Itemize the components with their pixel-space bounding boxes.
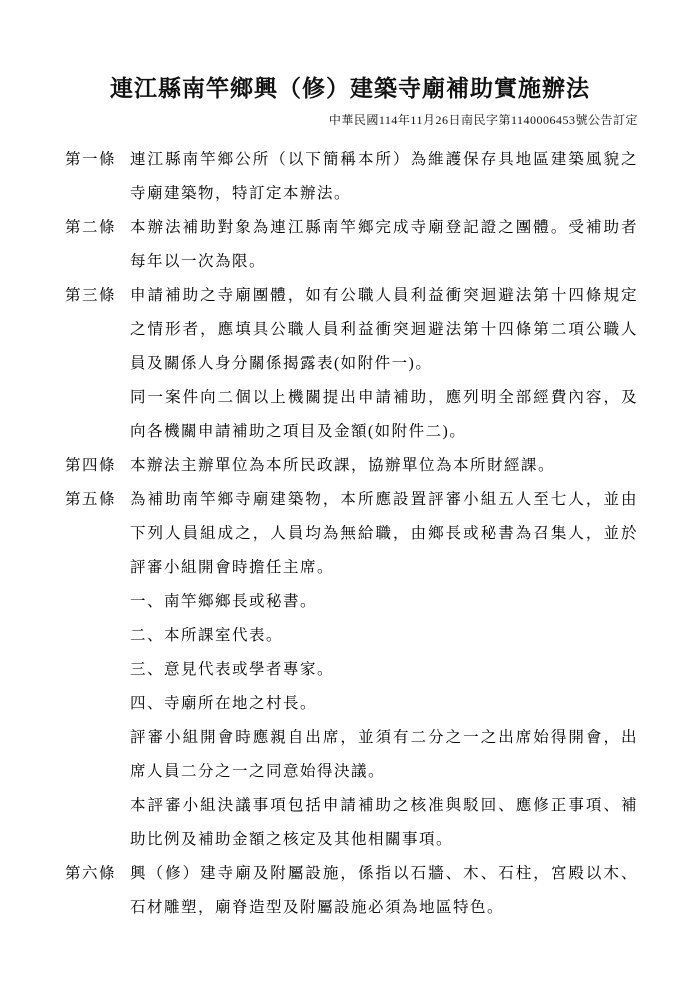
article-text: 本評審小組決議事項包括申請補助之核准與駁回、應修正事項、補助比例及補助金額之核定…	[130, 789, 638, 857]
article-paragraph: 第一條連江縣南竿鄉公所（以下簡稱本所）為維護保存具地區建築風貌之寺廟建築物，特訂…	[65, 143, 638, 211]
article-text: 本辦法補助對象為連江縣南竿鄉完成寺廟登記證之團體。受補助者每年以一次為限。	[130, 211, 638, 279]
article-text: 一、南竿鄉鄉長或秘書。	[130, 585, 638, 619]
article-number: 第五條	[65, 483, 130, 517]
article-text: 二、本所課室代表。	[130, 619, 638, 653]
document-content: 中華民國114年11月26日南民字第1140006453號公告訂定 第一條連江縣…	[65, 110, 638, 925]
document-title: 連江縣南竿鄉興（修）建築寺廟補助實施辦法	[0, 72, 700, 106]
article-paragraph: 評審小組開會時應親自出席，並須有二分之一之出席始得開會，出席人員二分之一之同意始…	[65, 721, 638, 789]
article-paragraph: 二、本所課室代表。	[65, 619, 638, 653]
article-text: 本辦法主辦單位為本所民政課，協辦單位為本所財經課。	[130, 449, 638, 483]
article-paragraph: 第六條興（修）建寺廟及附屬設施，係指以石牆、木、石柱，宮殿以木、石材雕塑，廟脊造…	[65, 857, 638, 925]
article-text: 評審小組開會時應親自出席，並須有二分之一之出席始得開會，出席人員二分之一之同意始…	[130, 721, 638, 789]
article-number: 第一條	[65, 143, 130, 177]
promulgation-line: 中華民國114年11月26日南民字第1140006453號公告訂定	[65, 110, 638, 130]
article-text: 連江縣南竿鄉公所（以下簡稱本所）為維護保存具地區建築風貌之寺廟建築物，特訂定本辦…	[130, 143, 638, 211]
article-text: 同一案件向二個以上機關提出申請補助，應列明全部經費內容，及向各機關申請補助之項目…	[130, 381, 638, 449]
article-number: 第三條	[65, 279, 130, 313]
articles-container: 第一條連江縣南竿鄉公所（以下簡稱本所）為維護保存具地區建築風貌之寺廟建築物，特訂…	[65, 143, 638, 925]
article-paragraph: 本評審小組決議事項包括申請補助之核准與駁回、應修正事項、補助比例及補助金額之核定…	[65, 789, 638, 857]
article-text: 申請補助之寺廟團體，如有公職人員利益衝突迴避法第十四條規定之情形者，應填具公職人…	[130, 279, 638, 381]
article-paragraph: 一、南竿鄉鄉長或秘書。	[65, 585, 638, 619]
article-paragraph: 三、意見代表或學者專家。	[65, 653, 638, 687]
article-paragraph: 四、寺廟所在地之村長。	[65, 687, 638, 721]
article-paragraph: 第三條申請補助之寺廟團體，如有公職人員利益衝突迴避法第十四條規定之情形者，應填具…	[65, 279, 638, 381]
article-text: 興（修）建寺廟及附屬設施，係指以石牆、木、石柱，宮殿以木、石材雕塑，廟脊造型及附…	[130, 857, 638, 925]
article-text: 三、意見代表或學者專家。	[130, 653, 638, 687]
article-paragraph: 第五條為補助南竿鄉寺廟建築物，本所應設置評審小組五人至七人，並由下列人員組成之，…	[65, 483, 638, 585]
article-paragraph: 同一案件向二個以上機關提出申請補助，應列明全部經費內容，及向各機關申請補助之項目…	[65, 381, 638, 449]
article-paragraph: 第四條本辦法主辦單位為本所民政課，協辦單位為本所財經課。	[65, 449, 638, 483]
document-page: 連江縣南竿鄉興（修）建築寺廟補助實施辦法 中華民國114年11月26日南民字第1…	[0, 0, 700, 990]
article-number: 第六條	[65, 857, 130, 891]
article-number: 第二條	[65, 211, 130, 245]
article-text: 為補助南竿鄉寺廟建築物，本所應設置評審小組五人至七人，並由下列人員組成之，人員均…	[130, 483, 638, 585]
article-paragraph: 第二條本辦法補助對象為連江縣南竿鄉完成寺廟登記證之團體。受補助者每年以一次為限。	[65, 211, 638, 279]
article-number: 第四條	[65, 449, 130, 483]
article-text: 四、寺廟所在地之村長。	[130, 687, 638, 721]
